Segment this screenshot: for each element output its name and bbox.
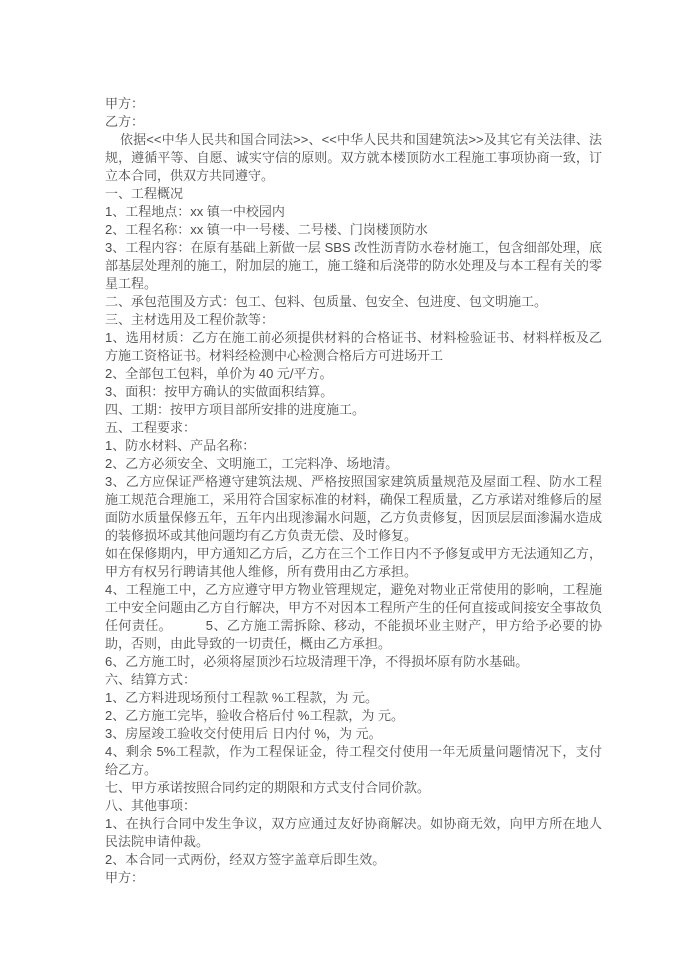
contract-paragraph: 3、乙方应保证严格遵守建筑法规、严格按照国家建筑质量规范及屋面工程、防水工程施工… [105,473,602,545]
contract-paragraph: 3、面积：按甲方确认的实做面积结算。 [105,383,602,401]
contract-paragraph: 八、其他事项： [105,797,602,815]
contract-paragraph: 三、主材选用及工程价款等： [105,311,602,329]
contract-paragraph: 依据<<中华人民共和国合同法>>、<<中华人民共和国建筑法>>及其它有关法律、法… [105,131,602,185]
contract-paragraph: 2、本合同一式两份，经双方签字盖章后即生效。 [105,851,602,869]
contract-paragraph: 如在保修期内，甲方通知乙方后，乙方在三个工作日内不予修复或甲方无法通知乙方，甲方… [105,545,602,581]
contract-page: 甲方：乙方：依据<<中华人民共和国合同法>>、<<中华人民共和国建筑法>>及其它… [0,0,690,976]
document-body: 甲方：乙方：依据<<中华人民共和国合同法>>、<<中华人民共和国建筑法>>及其它… [105,95,602,887]
contract-paragraph: 六、结算方式： [105,671,602,689]
contract-paragraph: 3、工程内容：在原有基础上新做一层 SBS 改性沥青防水卷材施工，包含细部处理，… [105,239,602,293]
contract-paragraph: 1、工程地点：xx 镇一中校园内 [105,203,602,221]
contract-paragraph: 乙方： [105,113,602,131]
contract-paragraph: 五、工程要求： [105,419,602,437]
contract-paragraph: 2、乙方施工完毕，验收合格后付 %工程款，为 元。 [105,707,602,725]
contract-paragraph: 3、房屋竣工验收交付使用后 日内付 %，为 元。 [105,725,602,743]
contract-paragraph: 1、防水材料、产品名称： [105,437,602,455]
contract-paragraph: 甲方： [105,95,602,113]
contract-paragraph: 二、承包范围及方式：包工、包料、包质量、包安全、包进度、包文明施工。 [105,293,602,311]
contract-paragraph: 4、工程施工中，乙方应遵守甲方物业管理规定，避免对物业正常使用的影响，工程施工中… [105,581,602,653]
contract-paragraph: 七、甲方承诺按照合同约定的期限和方式支付合同价款。 [105,779,602,797]
contract-paragraph: 6、乙方施工时，必须将屋顶沙石垃圾清理干净，不得损坏原有防水基础。 [105,653,602,671]
contract-paragraph: 2、全部包工包料，单价为 40 元/平方。 [105,365,602,383]
contract-paragraph: 甲方： [105,869,602,887]
contract-paragraph: 一、工程概况 [105,185,602,203]
contract-paragraph: 1、选用材质：乙方在施工前必须提供材料的合格证书、材料检验证书、材料样板及乙方施… [105,329,602,365]
contract-paragraph: 1、在执行合同中发生争议，双方应通过友好协商解决。如协商无效，向甲方所在地人民法… [105,815,602,851]
contract-paragraph: 2、工程名称：xx 镇一中一号楼、二号楼、门岗楼顶防水 [105,221,602,239]
contract-paragraph: 1、乙方料进现场预付工程款 %工程款，为 元。 [105,689,602,707]
contract-paragraph: 2、乙方必须安全、文明施工，工完料净、场地清。 [105,455,602,473]
contract-paragraph: 4、剩余 5%工程款，作为工程保证金，待工程交付使用一年无质量问题情况下，支付给… [105,743,602,779]
contract-paragraph: 四、工期：按甲方项目部所安排的进度施工。 [105,401,602,419]
